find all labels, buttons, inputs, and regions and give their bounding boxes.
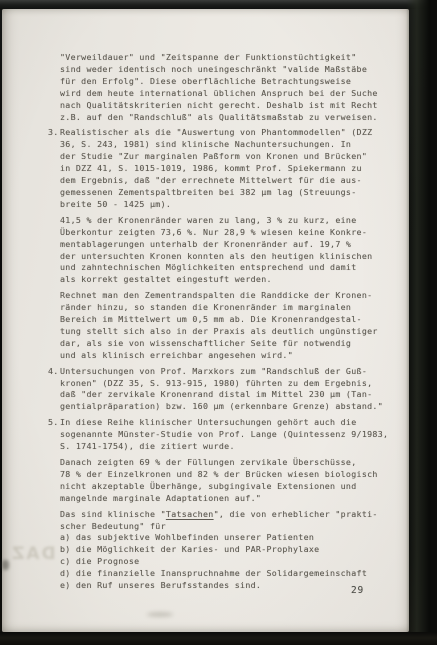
paragraph-text: Untersuchungen von Prof. Marxkors zum "R… [60,366,383,412]
paragraph-text: Das sind klinische "Tatsachen", die von … [60,509,378,590]
scanned-page: "Verweildauer" und "Zeitspanne der Funkt… [2,9,409,632]
page-right-edge-shadow [406,0,437,645]
scan-border-bottom [0,632,437,645]
paragraph-text: Realistischer als die "Auswertung von Ph… [60,127,372,208]
list-item-5: 5.In diese Reihe klinischer Untersuchung… [60,417,395,453]
list-item-number: 3. [48,127,59,139]
paragraph-muenster-results: Danach zeigten 69 % der Füllungen zervik… [60,457,395,505]
list-item-number: 4. [48,366,59,378]
scan-border-top [0,0,437,9]
scan-smudge [147,612,173,617]
scan-speck [2,560,9,570]
paragraph-text: "Verweildauer" und "Zeitspanne der Funkt… [60,52,378,122]
text-blocks: "Verweildauer" und "Zeitspanne der Funkt… [60,52,395,592]
underlined-word: Tatsachen [166,509,214,519]
page-number: 29 [351,585,364,596]
paragraph-crown-margin-findings: 41,5 % der Kronenränder waren zu lang, 3… [60,215,395,286]
paragraph-continuation: "Verweildauer" und "Zeitspanne der Funkt… [60,52,395,123]
list-item-4: 4.Untersuchungen von Prof. Marxkors zum … [60,366,395,414]
paragraph-text: Rechnet man den Zementrandspalten die Ra… [60,290,378,360]
list-item-3: 3.Realistischer als die "Auswertung von … [60,127,395,210]
paragraph-cement-gap: Rechnet man den Zementrandspalten die Ra… [60,290,395,361]
paragraph-text: 41,5 % der Kronenränder waren zu lang, 3… [60,215,372,285]
paragraph-text: In diese Reihe klinischer Untersuchungen… [60,417,388,451]
paragraph-conclusion-list: Das sind klinische "Tatsachen", die von … [60,509,395,592]
list-item-number: 5. [48,417,59,429]
showthrough-ghost-text: DAZ [10,544,56,564]
paragraph-text: Danach zeigten 69 % der Füllungen zervik… [60,457,378,503]
